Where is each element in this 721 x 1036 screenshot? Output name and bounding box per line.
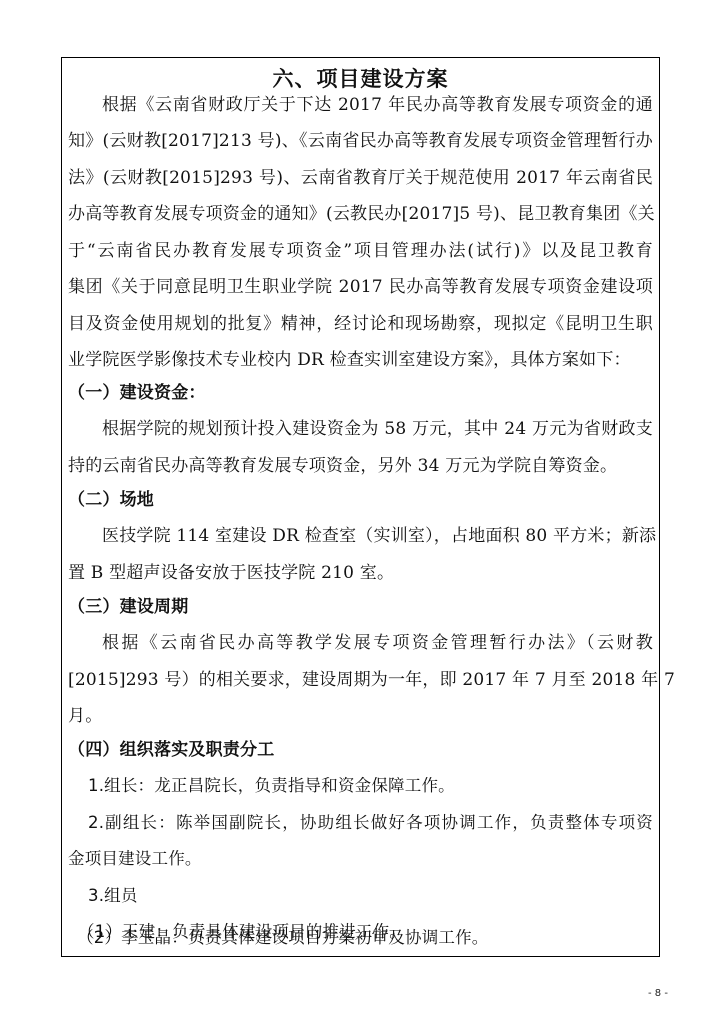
section-line: 3.组员 [68, 886, 653, 906]
intro-line: 于“云南省民办教育发展专项资金”项目管理办法(试行)》以及昆卫教育 [68, 241, 653, 261]
section-line: 医技学院 114 室建设 DR 检查室（实训室），占地面积 80 平方米；新添 [68, 526, 653, 546]
section-line: 根据《云南省民办高等教学发展专项资金管理暂行办法》（云财教 [68, 633, 653, 653]
content-box: 六、项目建设方案 根据《云南省财政厅关于下达 2017 年民办高等教育发展专项资… [61, 57, 660, 957]
section-line: 月。 [68, 706, 653, 726]
intro-line: 根据《云南省财政厅关于下达 2017 年民办高等教育发展专项资金的通 [68, 95, 653, 115]
section-line: 1.组长：龙正昌院长，负责指导和资金保障工作。 [68, 776, 653, 796]
intro-line: 目及资金使用规划的批复》精神，经讨论和现场勘察，现拟定《昆明卫生职 [68, 314, 653, 334]
section-line: 根据学院的规划预计投入建设资金为 58 万元，其中 24 万元为省财政支 [68, 419, 653, 439]
section-heading-organization: （四）组织落实及职责分工 [68, 740, 653, 760]
intro-line: 法》(云财教[2015]293 号)、云南省教育厅关于规范使用 2017 年云南… [68, 168, 653, 188]
intro-line: 业学院医学影像技术专业校内 DR 检查实训室建设方案》，具体方案如下： [68, 350, 653, 370]
section-line: 金项目建设工作。 [68, 849, 653, 869]
page-number: - 8 - [648, 988, 668, 999]
section-heading-venue: （二）场地 [68, 490, 653, 510]
section-line: 2.副组长：陈举国副院长，协助组长做好各项协调工作，负责整体专项资 [68, 813, 653, 833]
intro-line: 集团《关于同意昆明卫生职业学院 2017 民办高等教育发展专项资金建设项 [68, 277, 653, 297]
section-line: 持的云南省民办高等教育发展专项资金，另外 34 万元为学院自筹资金。 [68, 456, 653, 476]
intro-line: 办高等教育发展专项资金的通知》(云教民办[2017]5 号)、昆卫教育集团《关 [68, 204, 653, 224]
section-heading-period: （三）建设周期 [68, 597, 653, 617]
page-title: 六、项目建设方案 [62, 63, 659, 93]
section-line: （2）李玉晶：负责具体建设项目方案初审及协调工作。 [67, 928, 654, 948]
section-line: 置 B 型超声设备安放于医技学院 210 室。 [68, 563, 653, 583]
section-line: [2015]293 号）的相关要求，建设周期为一年，即 2017 年 7 月至 … [68, 670, 653, 690]
intro-line: 知》(云财教[2017]213 号)、《云南省民办高等教育发展专项资金管理暂行办 [68, 131, 653, 151]
section-heading-funding: （一）建设资金： [68, 383, 653, 403]
